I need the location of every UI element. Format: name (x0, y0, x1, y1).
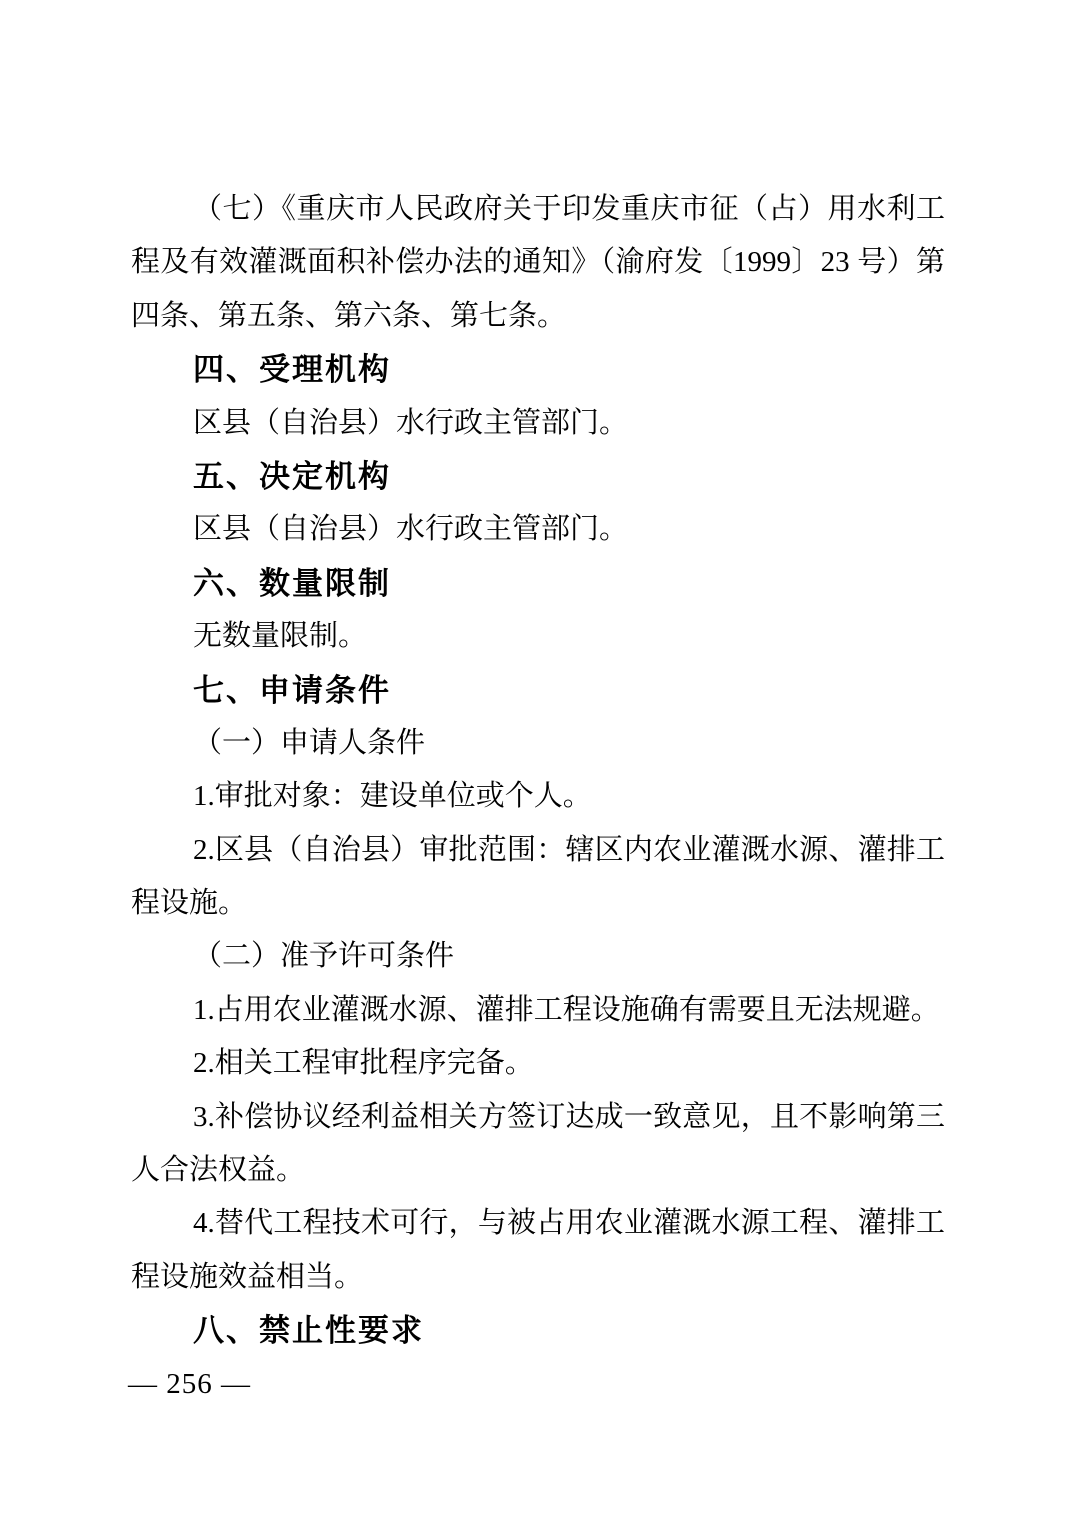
section-heading: 五、决定机构 (131, 450, 945, 503)
section-heading: 四、受理机构 (131, 343, 945, 396)
document-page: （七）《重庆市人民政府关于印发重庆市征（占）用水利工程及有效灌溉面积补偿办法的通… (0, 0, 1075, 1519)
text-line: 2.相关工程审批程序完备。 (131, 1037, 945, 1090)
text-line: 3.补偿协议经利益相关方签订达成一致意见，且不影响第三 (131, 1091, 945, 1144)
text-line: （一）申请人条件 (131, 717, 945, 770)
text-line: 无数量限制。 (131, 610, 945, 663)
text-line: 1.审批对象：建设单位或个人。 (131, 770, 945, 823)
text-line: 1.占用农业灌溉水源、灌排工程设施确有需要且无法规避。 (131, 984, 945, 1037)
text-line: 程及有效灌溉面积补偿办法的通知》（渝府发〔1999〕23 号）第 (131, 236, 945, 289)
document-body: （七）《重庆市人民政府关于印发重庆市征（占）用水利工程及有效灌溉面积补偿办法的通… (131, 183, 945, 1358)
text-line: （七）《重庆市人民政府关于印发重庆市征（占）用水利工 (131, 183, 945, 236)
text-line: 人合法权益。 (131, 1144, 945, 1197)
text-line: 2.区县（自治县）审批范围：辖区内农业灌溉水源、灌排工 (131, 824, 945, 877)
text-line: 程设施效益相当。 (131, 1251, 945, 1304)
page-number: — 256 — (128, 1359, 251, 1409)
text-line: 4.替代工程技术可行，与被占用农业灌溉水源工程、灌排工 (131, 1197, 945, 1250)
text-line: 区县（自治县）水行政主管部门。 (131, 397, 945, 450)
text-line: 程设施。 (131, 877, 945, 930)
text-line: 区县（自治县）水行政主管部门。 (131, 503, 945, 556)
section-heading: 六、数量限制 (131, 557, 945, 610)
section-heading: 七、申请条件 (131, 664, 945, 717)
section-heading: 八、禁止性要求 (131, 1304, 945, 1357)
text-line: （二）准予许可条件 (131, 930, 945, 983)
text-line: 四条、第五条、第六条、第七条。 (131, 290, 945, 343)
